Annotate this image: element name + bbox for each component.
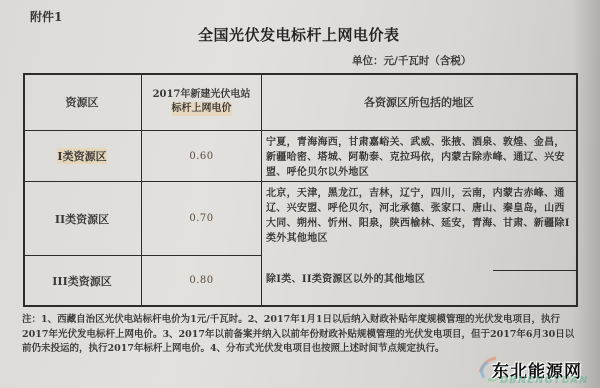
page-title: 全国光伏发电标杆上网电价表 (198, 24, 400, 45)
header-price-line2: 标杆上网电价 (172, 102, 232, 116)
row-3-price: 0.80 (142, 256, 261, 305)
row-3-zone: III类资源区 (23, 256, 141, 305)
header-price-line1: 2017年新建光伏电站 (153, 88, 251, 102)
row-3-regions: 除I类、II类资源区以外的其他地区 (266, 272, 571, 287)
row-2-zone: II类资源区 (23, 182, 141, 255)
header-price: 2017年新建光伏电站 标杆上网电价 (142, 73, 261, 130)
unit-label: 单位：元/千瓦时（含税） (352, 53, 471, 68)
table-border-bottom (23, 305, 578, 307)
footnotes: 注：1、西藏自治区光伏电站标杆电价为1元/千瓦时。2、2017年1月1日以后纳入… (22, 313, 578, 357)
price-table: 资源区 2017年新建光伏电站 标杆上网电价 各资源区所包括的地区 I类资源区 … (23, 73, 578, 306)
zone-label: I类资源区 (57, 148, 106, 164)
header-zone: 资源区 (23, 73, 141, 130)
row-2-regions: 北京，天津，黑龙江，吉林，辽宁，四川，云南，内蒙古赤峰、通辽、兴安盟、呼伦贝尔，… (266, 186, 571, 246)
attachment-label: 附件1 (30, 8, 62, 25)
watermark-subtext: DBNENGYUAN (500, 375, 588, 386)
row-divider-2-right (493, 270, 578, 271)
row-1-regions: 宁夏，青海海西，甘肃嘉峪关、武威、张掖、酒泉、敦煌、金昌，新疆哈密、塔城、阿勒泰… (266, 135, 571, 180)
row-2-price: 0.70 (142, 182, 261, 255)
row-1-zone: I类资源区 (23, 131, 141, 181)
header-regions: 各资源区所包括的地区 (262, 73, 576, 130)
row-1-price: 0.60 (142, 131, 261, 181)
document-page: 附件1 全国光伏发电标杆上网电价表 单位：元/千瓦时（含税） 资源区 2017年… (0, 0, 600, 388)
